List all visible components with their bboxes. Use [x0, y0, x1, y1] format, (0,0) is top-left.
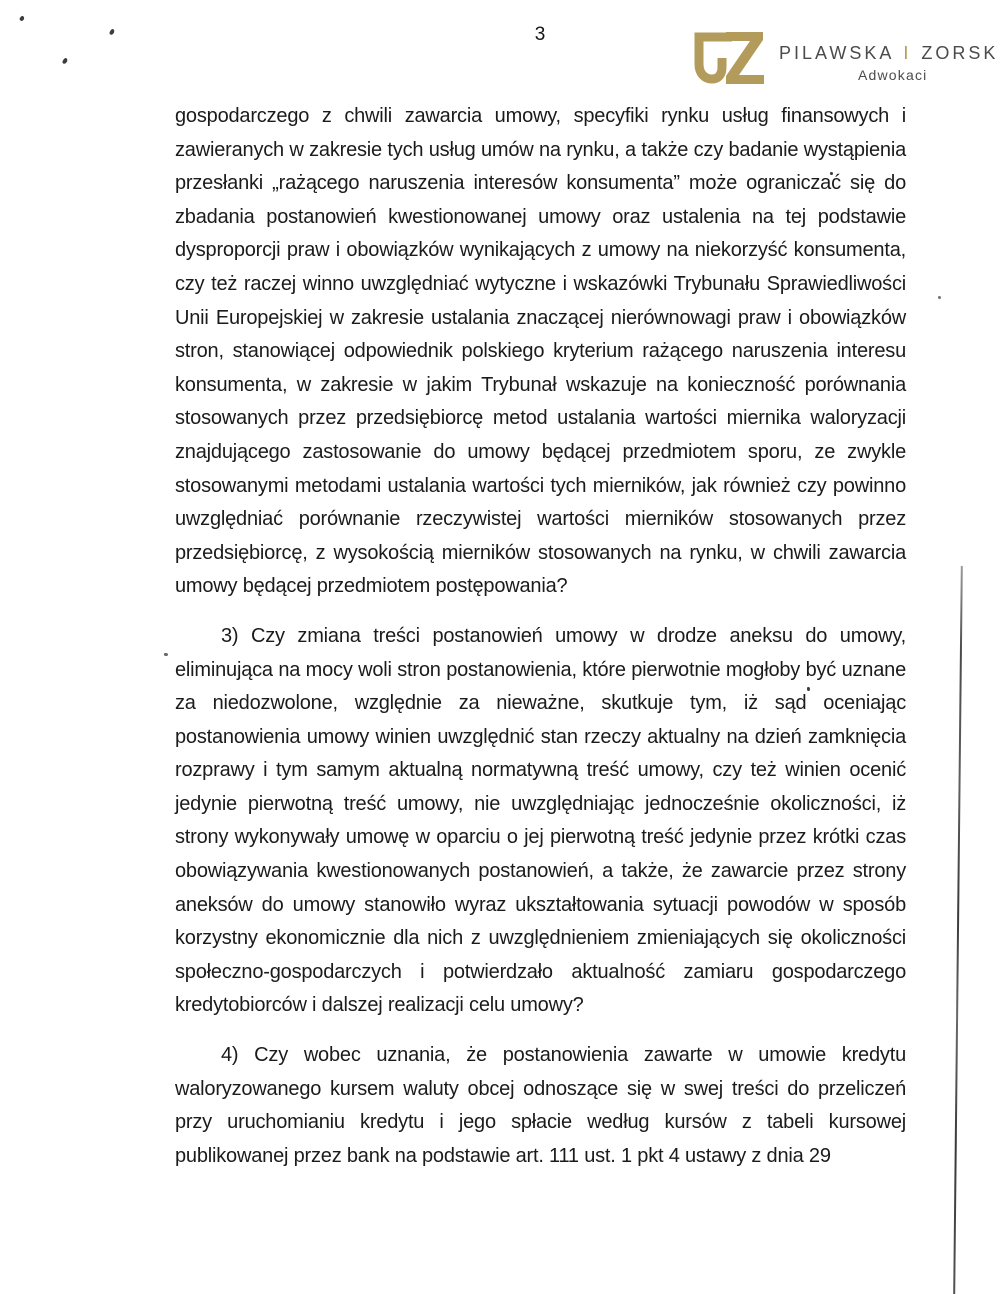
paragraph-question-4: 4) Czy wobec uznania, że postanowienia z…	[175, 1039, 906, 1173]
law-firm-letterhead: PILAWSKA I ZORSKI Adwokaci	[686, 28, 1000, 88]
brand-separator: I	[901, 43, 913, 63]
law-firm-name: PILAWSKA I ZORSKI	[779, 43, 1000, 64]
law-firm-subtitle: Adwokaci	[779, 67, 1000, 83]
page-number: 3	[460, 24, 620, 46]
scan-speck	[62, 57, 69, 64]
pz-monogram-icon	[686, 28, 766, 88]
scan-speck	[109, 28, 116, 35]
paragraph-continuation: gospodarczego z chwili zawarcia umowy, s…	[175, 100, 906, 604]
brand-name-left: PILAWSKA	[779, 43, 893, 63]
paragraph-question-3: 3) Czy zmiana treści postanowień umowy w…	[175, 620, 906, 1023]
law-firm-name-block: PILAWSKA I ZORSKI Adwokaci	[779, 28, 1000, 83]
document-body: gospodarczego z chwili zawarcia umowy, s…	[175, 100, 906, 1189]
scan-speck	[19, 15, 25, 21]
scan-artifact-line	[953, 566, 963, 1294]
scan-speck	[938, 296, 941, 299]
scanned-document-page: 3 PILAWSKA I ZORSKI Adwokaci gospodarcze…	[0, 0, 1000, 1294]
brand-name-right: ZORSKI	[921, 43, 1000, 63]
scan-speck	[164, 653, 168, 656]
